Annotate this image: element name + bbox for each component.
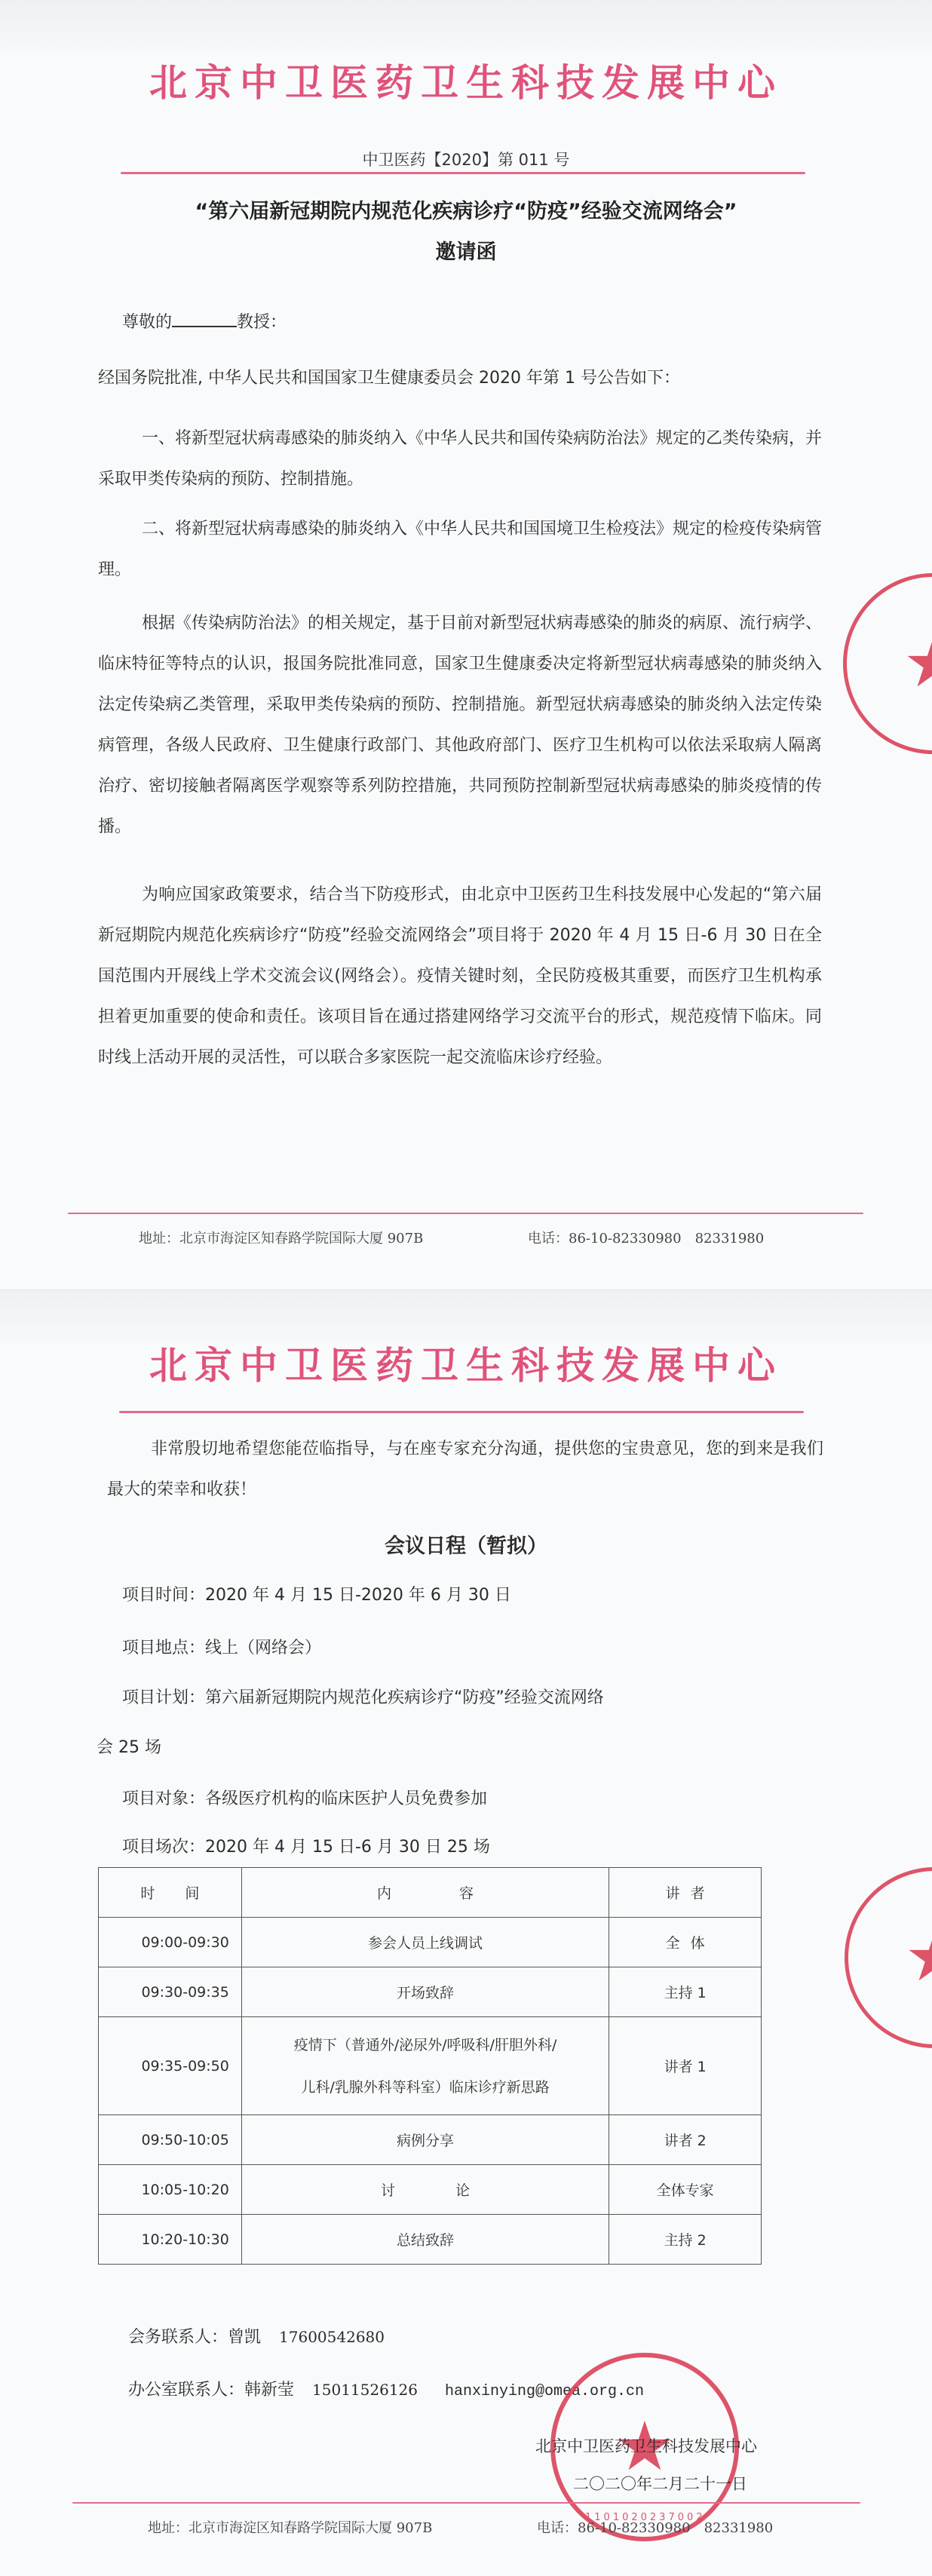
salutation-prefix: 尊敬的 (122, 313, 172, 332)
row-content: 疫情下（普通外/泌尿外/呼吸科/肝胆外科/ 儿科/乳腺外科等科室）临床诊疗新思路 (241, 2017, 609, 2115)
name-blank (172, 314, 237, 327)
project-plan: 项目计划：第六届新冠期院内规范化疾病诊疗“防疫”经验交流网络 (122, 1685, 604, 1708)
meeting-contact-name: 会务联系人：曾凯 (128, 2328, 261, 2347)
meeting-contact-phone: 17600542680 (279, 2328, 385, 2346)
table-row: 10:05-10:20 讨论 全体专家 (99, 2165, 762, 2215)
project-audience: 项目对象：各级医疗机构的临床医护人员免费参加 (122, 1786, 487, 1809)
announcement-intro: 经国务院批准, 中华人民共和国国家卫生健康委员会 2020 年第 1 号公告如下… (98, 358, 822, 399)
row-content-line-2: 儿科/乳腺外科等科室）临床诊疗新思路 (242, 2066, 609, 2108)
header-speaker: 讲者 (609, 1868, 762, 1918)
letterhead-title: 北京中卫医药卫生科技发展中心 (0, 1336, 932, 1390)
header-content: 内容 (241, 1868, 609, 1918)
footer-phone: 电话：86-10-82330980 82331980 (537, 2517, 773, 2537)
salutation: 尊敬的教授： (122, 309, 287, 333)
footer-address: 地址：北京市海淀区知春路学院国际大厦 907B (148, 2517, 432, 2537)
project-sessions: 项目场次：2020 年 4 月 15 日-6 月 30 日 25 场 (122, 1834, 490, 1857)
office-contact-name: 办公室联系人：韩新莹 (128, 2381, 294, 2400)
row-content: 讨论 (241, 2165, 609, 2215)
row-time: 10:05-10:20 (99, 2165, 242, 2215)
schedule-table: 时间 内容 讲者 09:00-09:30 参会人员上线调试 全体 09:30-0… (98, 1867, 762, 2265)
signature-org: 北京中卫医药卫生科技发展中心 (535, 2434, 757, 2457)
row-time: 10:20-10:30 (99, 2215, 242, 2265)
table-header-row: 时间 内容 讲者 (99, 1868, 762, 1918)
project-plan-cont: 会 25 场 (97, 1734, 161, 1758)
row-content: 病例分享 (241, 2115, 609, 2165)
project-paragraph: 为响应国家政策要求，结合当下防疫形式，由北京中卫医药卫生科技发展中心发起的“第六… (98, 875, 822, 1078)
announcement-item-1: 一、将新型冠状病毒感染的肺炎纳入《中华人民共和国传染病防治法》规定的乙类传染病，… (98, 419, 822, 500)
row-time: 09:30-09:35 (99, 1967, 242, 2017)
row-time: 09:50-10:05 (99, 2115, 242, 2165)
footer-divider (72, 2502, 860, 2504)
letterhead-title: 北京中卫医药卫生科技发展中心 (0, 53, 932, 107)
signature-date: 二〇二〇年二月二十一日 (573, 2472, 747, 2495)
policy-paragraph: 根据《传染病防治法》的相关规定，基于目前对新型冠状病毒感染的肺炎的病原、流行病学… (98, 603, 822, 848)
row-speaker: 全体 (609, 1918, 762, 1967)
header-time: 时间 (99, 1868, 242, 1918)
salutation-suffix: 教授： (237, 313, 287, 332)
meeting-contact: 会务联系人：曾凯17600542680 (128, 2324, 385, 2348)
row-speaker: 全体专家 (609, 2165, 762, 2215)
header-divider (119, 1411, 804, 1413)
row-content: 开场致辞 (241, 1967, 609, 2017)
project-location: 项目地点：线上（网络会） (122, 1635, 321, 1658)
header-divider (121, 172, 805, 174)
document-number: 中卫医药【2020】第 011 号 (0, 148, 932, 170)
row-speaker: 主持 1 (609, 1967, 762, 2017)
footer-phone: 电话：86-10-82330980 82331980 (528, 1228, 764, 1247)
invitation-subtitle: 邀请函 (0, 235, 932, 265)
table-row: 10:20-10:30 总结致辞 主持 2 (99, 2215, 762, 2265)
row-time: 09:35-09:50 (99, 2017, 242, 2115)
row-speaker: 讲者 1 (609, 2017, 762, 2115)
invitation-title: “第六届新冠期院内规范化疾病诊疗“防疫”经验交流网络会” (0, 195, 932, 224)
announcement-item-2: 二、将新型冠状病毒感染的肺炎纳入《中华人民共和国国境卫生检疫法》规定的检疫传染病… (98, 509, 822, 590)
row-content: 参会人员上线调试 (241, 1918, 609, 1967)
office-contact-phone: 15011526126 (312, 2381, 418, 2399)
row-speaker: 主持 2 (609, 2215, 762, 2265)
star-icon: ★ (903, 630, 932, 698)
row-content-line-1: 疫情下（普通外/泌尿外/呼吸科/肝胆外科/ (242, 2024, 609, 2066)
official-seal-partial: ★ (843, 573, 932, 754)
table-row: 09:30-09:35 开场致辞 主持 1 (99, 1967, 762, 2017)
footer-address: 地址：北京市海淀区知春路学院国际大厦 907B (139, 1228, 423, 1247)
star-icon: ★ (905, 1924, 932, 1992)
document-page-1: 北京中卫医药卫生科技发展中心 中卫医药【2020】第 011 号 “第六届新冠期… (0, 0, 932, 1290)
table-row: 09:50-10:05 病例分享 讲者 2 (99, 2115, 762, 2165)
closing-paragraph: 非常殷切地希望您能莅临指导，与在座专家充分沟通，提供您的宝贵意见，您的到来是我们… (107, 1429, 823, 1510)
schedule-title: 会议日程（暂拟） (0, 1529, 932, 1559)
row-content: 总结致辞 (241, 2215, 609, 2265)
footer-divider (68, 1213, 863, 1214)
table-row: 09:00-09:30 参会人员上线调试 全体 (99, 1918, 762, 1967)
project-time: 项目时间：2020 年 4 月 15 日-2020 年 6 月 30 日 (122, 1582, 511, 1605)
table-row: 09:35-09:50 疫情下（普通外/泌尿外/呼吸科/肝胆外科/ 儿科/乳腺外… (99, 2017, 762, 2115)
row-speaker: 讲者 2 (609, 2115, 762, 2165)
row-time: 09:00-09:30 (99, 1918, 242, 1967)
